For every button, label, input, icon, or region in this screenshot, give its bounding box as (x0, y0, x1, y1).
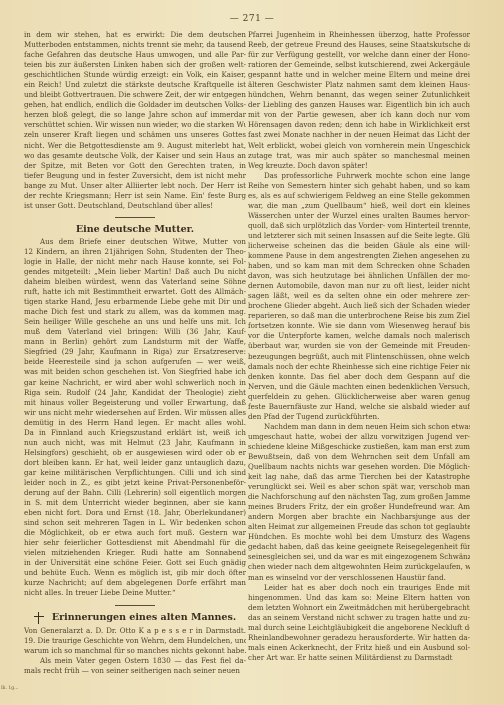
text-line: seinesgleichen sei, und da war es mit ei… (248, 552, 470, 562)
paragraph-sad-end: Leider hat es aber doch noch ein traurig… (248, 583, 470, 663)
text-line: 12 Kindern, an ihren 21jährigen Sohn, St… (24, 247, 246, 257)
text-line: beide Heeresteile sind ja schon aufgeruf… (24, 357, 246, 367)
text-line: und behüte Euch. Wenn es möglich ist, gi… (24, 568, 246, 578)
text-line: davon, was sich heutzutage bei ähnlichen… (248, 271, 470, 281)
text-line: haben, und so kam man mit dem Schrecken … (248, 261, 470, 271)
text-line: war, die man „zum Quellbaum“ hieß, weil … (248, 201, 470, 211)
text-line: den Pfad der Tugend zurückführten. (248, 412, 470, 422)
text-line: das an seinem Verstand nicht schwer zu t… (248, 613, 470, 623)
text-line: brochene Glieder abgeht. Auch ließ sich … (248, 301, 470, 311)
text-line: gedacht haben, daß das keine geeignete R… (248, 542, 470, 552)
text-line: hier sehr feierlicher Gottesdienst mit A… (24, 538, 246, 548)
text-line: Rheinlandbewohner geradezu herausfordert… (248, 633, 470, 643)
text-line: daheim bleiben würdest, wenn das Vaterla… (24, 277, 246, 287)
text-line: Quellbaum nachts nichts war gesehen word… (248, 462, 470, 472)
text-line: vielen mitziehenden Krieger. Rudi hatte … (24, 548, 246, 558)
left-column: in dem wir stehen, hat es erwirkt: Die d… (24, 30, 246, 676)
text-line: herzen bloß gelegt, die so lange Jahre s… (24, 110, 246, 120)
text-line: der Liebling des ganzen Hauses war. Eige… (248, 100, 470, 110)
text-line: gespannt hatte und in welcher meine Elte… (248, 70, 470, 80)
text-line: die Möglichkeit, ob er etwa auch fort mu… (24, 528, 246, 538)
text-line: querfeldein zu gehen. Glücklicherweise a… (248, 392, 470, 402)
text-line: muß dem Vaterland viel bringen: Willi (3… (24, 327, 246, 337)
text-line: Aus dem Briefe einer deutschen Witwe, Mu… (24, 237, 246, 247)
text-line: Welt erblickt, wobei gleich von vornhere… (248, 141, 470, 151)
text-line: wo das gesamte deutsche Volk, der Kaiser… (24, 151, 246, 161)
heading-eine-deutsche-mutter: Eine deutsche Mutter. (24, 223, 246, 236)
heading-erinnerungen: Erinnerungen eines alten Mannes. (52, 611, 236, 624)
text-line: bange zu Mut. Unser alter Alliierter leb… (24, 181, 246, 191)
text-line: zeln unserer Kraft liegen und schämen un… (24, 130, 246, 140)
paragraph-intro: in dem wir stehen, hat es erwirkt: Die d… (24, 30, 246, 211)
text-line: schiedene kleine Mißgeschicke zustießen,… (248, 442, 470, 452)
text-line: mache Dich fest und stark zu allem, was … (24, 307, 246, 317)
text-line: umgeschaut hatte, wobei der allzu vorwit… (248, 432, 470, 442)
text-line: alten Heimat zur allgemeinen Freude das … (248, 522, 470, 532)
text-line: logie in Halle, der nicht mehr nach Haus… (24, 257, 246, 267)
divider (115, 605, 155, 606)
text-line: Sein heiliger Wille geschehe an uns und … (24, 317, 246, 327)
text-line: denken konnte. Das fiel aber doch dem Ge… (248, 372, 470, 382)
text-line: mit von der Partie gewesen, aber ich kan… (248, 110, 470, 120)
text-line: cher Art war. Er hatte seinen Militärdie… (248, 653, 470, 663)
text-line: chen wieder nach dem altgewohnten Heim z… (248, 562, 470, 572)
paragraph-memoir-start: Als mein Vater gegen Ostern 1830 — das F… (24, 656, 246, 676)
text-line: fache Gefahren das deutsche Haus umwogen… (24, 50, 246, 60)
text-line: Nachdem man dann in dem neuen Heim sich … (248, 422, 470, 432)
right-column: Pfarrei Jugenheim in Rheinhessen überzog… (248, 30, 470, 663)
text-line: verschüttet schien. Wir wissen nun wiede… (24, 120, 246, 130)
text-line: der Spitze, mit Beten vor Gott den Gerec… (24, 161, 246, 171)
text-line: kurze Nachricht; auf dem abgelegenen Dor… (24, 578, 246, 588)
text-line: Das professorliche Fuhrwerk mochte schon… (248, 171, 470, 181)
text-line: leider noch in Z., es gibt jetzt keine P… (24, 478, 246, 488)
text-line: reparieren, so daß man die unterbrochene… (248, 311, 470, 321)
text-line: verunglückt sei. Weil es aber schon spät… (248, 482, 470, 492)
text-line: Leider hat es aber doch noch ein traurig… (248, 583, 470, 593)
text-line: nicht alles. In treuer Liebe Deine Mutte… (24, 588, 246, 598)
text-line: ratioren der Gemeinde, selbst kutschiere… (248, 60, 470, 70)
text-line: meines Bruders Fritz, der ein großer Hun… (248, 502, 470, 512)
text-line: Hündchen. Es mochte wohl bei dem Umsturz… (248, 532, 470, 542)
text-line: es, als es auf schwierigem Feldweg an ei… (248, 191, 470, 201)
text-line: eben nicht fort. Dora und Ernst (18. Jah… (24, 508, 246, 518)
text-line: Reihe von Semestern hinter sich gehabt h… (248, 181, 470, 191)
text-line: damals noch der echte Rheinhesse sich ei… (248, 362, 470, 372)
text-line: tiefer Beugung und in fester Zuversicht,… (24, 171, 246, 181)
text-line: hündchen, Wehrn benannt, das wegen seine… (248, 90, 470, 100)
text-line: demütig in des Herrn Hand legen. Er mach… (24, 418, 246, 428)
text-line: hingenommen. Und das kam so: Meine Elter… (248, 593, 470, 603)
text-line: und letzterer sich mit seinen Insassen a… (248, 231, 470, 241)
text-line: dernen Automobile, davon man nur zu oft … (248, 281, 470, 291)
text-line: ruft, hatte ich mit Bestimmtheit erwarte… (24, 287, 246, 297)
page-number: — 271 — (0, 14, 504, 24)
cross-icon (34, 612, 44, 624)
text-line: mann in Berlin) gehört zum Landsturm mit… (24, 337, 246, 347)
text-line: Weg kreuzte. Doch davon später! (248, 161, 470, 171)
text-line: wir uns nicht mehr wiedersehen auf Erden… (24, 408, 246, 418)
text-line: mals einen Ackerknecht, der Fritz hieß u… (248, 643, 470, 653)
text-line: Mutterboden entstammen, nichts trennt si… (24, 40, 246, 50)
text-line: Reeb, der getreue Freund des Hauses, sei… (248, 40, 470, 50)
text-line: derung auf der Bahn. Cilli (Lehrerin) so… (24, 488, 246, 498)
text-line: tigen starke Hand, Jesu erbarmende Liebe… (24, 297, 246, 307)
text-line: Bewußtsein, daß von dem Wehrnchen seit d… (248, 452, 470, 462)
text-line: überbaut war, wurden sie von der Gemeind… (248, 341, 470, 351)
text-line: Als mein Vater gegen Ostern 1830 — das F… (24, 656, 246, 666)
text-line: teien bis zur äußersten Linken haben sic… (24, 60, 246, 70)
paragraph-journey: Pfarrei Jugenheim in Rheinhessen überzog… (248, 30, 470, 171)
text-line: gehen, hat endlich, endlich die Goldader… (24, 100, 246, 110)
text-line: fortsetzen konnte. Wie sie dann vom Wies… (248, 321, 470, 331)
text-line: bezeugungen begrüßt, auch mit Flintensch… (248, 352, 470, 362)
text-line: Wässerchen unter der Wurzel eines uralte… (248, 211, 470, 221)
text-line: dem letzten Wohnort ein Zweitmädchen mit… (248, 603, 470, 613)
text-line: man es winselnd vor der verschlossenen H… (248, 573, 470, 583)
divider (115, 217, 155, 218)
paragraph-letter: Aus dem Briefe einer deutschen Witwe, Mu… (24, 237, 246, 599)
margin-note: Ik. 1g... (1, 686, 18, 691)
text-line: Hörensagen davon reden; denn ich habe in… (248, 120, 470, 130)
text-line: Helsingfors) geschieht, ob er ausgewiese… (24, 448, 246, 458)
text-line: zutage trat, was mir auch später so manc… (248, 151, 470, 161)
text-line: nicht. Wer die Betgottesdienste am 9. Au… (24, 141, 246, 151)
paragraph-byline: Von Generalarzt a. D. Dr. Otto K a p e s… (24, 626, 246, 656)
text-line: fast zwei Monate nachher in der neuen He… (248, 130, 470, 140)
text-line: mals recht früh — von seiner seitherigen… (24, 666, 246, 676)
text-line: die Nachforschung auf den nächsten Tag, … (248, 492, 470, 502)
text-line: Nerven, und die Gäule machten einen bede… (248, 382, 470, 392)
text-line: andern Morgen aber brachte ein Nachbarsj… (248, 512, 470, 522)
text-line: geschichtlichen Stunde würdig erzeigt: e… (24, 70, 246, 80)
text-line: für zur Verfügung gestellt, vor welche d… (248, 50, 470, 60)
text-line: warum ich so manchmal für so manches nic… (24, 646, 246, 656)
text-line: mit hinaus voller Begeisterung und volle… (24, 398, 246, 408)
text-line: vor die Unterpforte kamen, welche damals… (248, 331, 470, 341)
text-line: gendes mitgeteilt: „Mein lieber Martin! … (24, 267, 246, 277)
text-line: Da in Finnland auch Kriegszustand erklär… (24, 428, 246, 438)
text-line: gar keine Nachricht, er wird aber wohl s… (24, 378, 246, 388)
text-line: Siegfried (29 Jahr, Kaufmann in Riga) zu… (24, 347, 246, 357)
text-line: feste Bauernfäuste zur Hand, welche sie … (248, 402, 470, 412)
text-line: Riga sein. Rudolf (24 Jahr, Kandidat der… (24, 388, 246, 398)
text-line: quoll, daß sich urplötzlich das Vorder- … (248, 221, 470, 231)
text-line: kommene Pause in dem angestrengten Ziehe… (248, 251, 470, 261)
paragraph-carriage: Das professorliche Fuhrwerk mochte schon… (248, 171, 470, 422)
text-line: was mit beiden schon geschehen ist. Von … (24, 367, 246, 377)
text-line: und bleibt Gottvertrauen. Die schwere Ze… (24, 90, 246, 100)
text-line: Pfarrei Jugenheim in Rheinhessen überzog… (248, 30, 470, 40)
text-line: älteren Geschwister Platz nahmen samt de… (248, 80, 470, 90)
text-line: keit lag nahe, daß das arme Tierchen bei… (248, 472, 470, 482)
text-line: licherweise scheinen das die beiden Gäul… (248, 241, 470, 251)
paragraph-dog: Nachdem man dann in dem neuen Heim sich … (248, 422, 470, 583)
text-line: der rechte Kriegsmann; Herr ist sein Nam… (24, 191, 246, 201)
text-line: in S. mit dem Unterricht wieder beginnen… (24, 498, 246, 508)
text-line: ein Reich! Und zuletzt die stärkste deut… (24, 80, 246, 90)
text-line: 19. Die traurige Geschichte von Wehrn, d… (24, 636, 246, 646)
text-line: in dem wir stehen, hat es erwirkt: Die d… (24, 30, 246, 40)
text-line: Von Generalarzt a. D. Dr. Otto K a p e s… (24, 626, 246, 636)
text-line: in der Universität eine schöne Feier. Go… (24, 558, 246, 568)
text-line: sagen läßt, weil es da selten ohne ein o… (248, 291, 470, 301)
text-line: mal durch seine Leichtgläubigkeit die an… (248, 623, 470, 633)
text-line: sind schon seit mehreren Tagen in L. Wir… (24, 518, 246, 528)
text-line: gar keine militärischen Verpflichtungen.… (24, 468, 246, 478)
text-line: ist unser Gott. Deutschland, Deutschland… (24, 201, 246, 211)
text-line: nun auch nicht, was mit Helmut (23 Jahr,… (24, 438, 246, 448)
text-line: dort bleiben kann. Er hat, weil leider g… (24, 458, 246, 468)
